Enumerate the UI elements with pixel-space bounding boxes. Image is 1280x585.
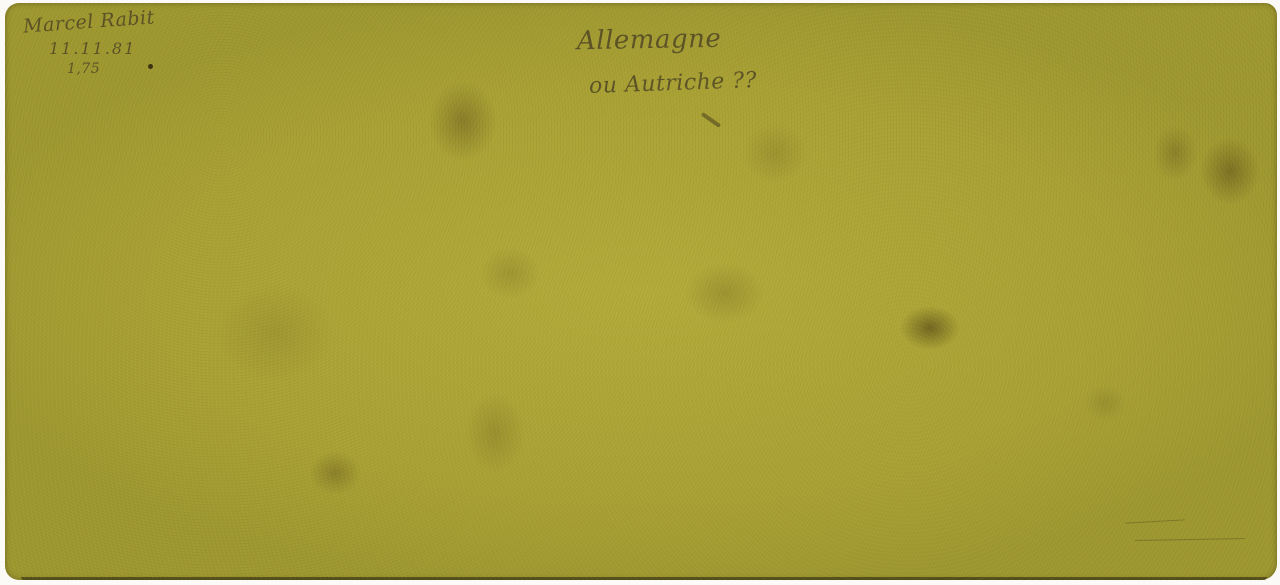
owner-price-annotation: 1,75 (67, 61, 100, 77)
stereoview-card-back: Marcel Rabit 11.11.81 1,75 Allemagne ou … (5, 3, 1277, 580)
owner-name-annotation: Marcel Rabit (22, 6, 155, 37)
faint-pencil-line (1125, 519, 1185, 523)
pencil-mark (701, 112, 721, 128)
card-bottom-edge (21, 577, 1267, 580)
scan-background: Marcel Rabit 11.11.81 1,75 Allemagne ou … (0, 0, 1280, 585)
faint-pencil-line (1135, 538, 1245, 541)
owner-date-annotation: 11.11.81 (49, 39, 136, 58)
location-annotation-line1: Allemagne (577, 24, 722, 57)
ink-speck (148, 64, 153, 69)
location-annotation-line2: ou Autriche ?? (589, 68, 758, 99)
